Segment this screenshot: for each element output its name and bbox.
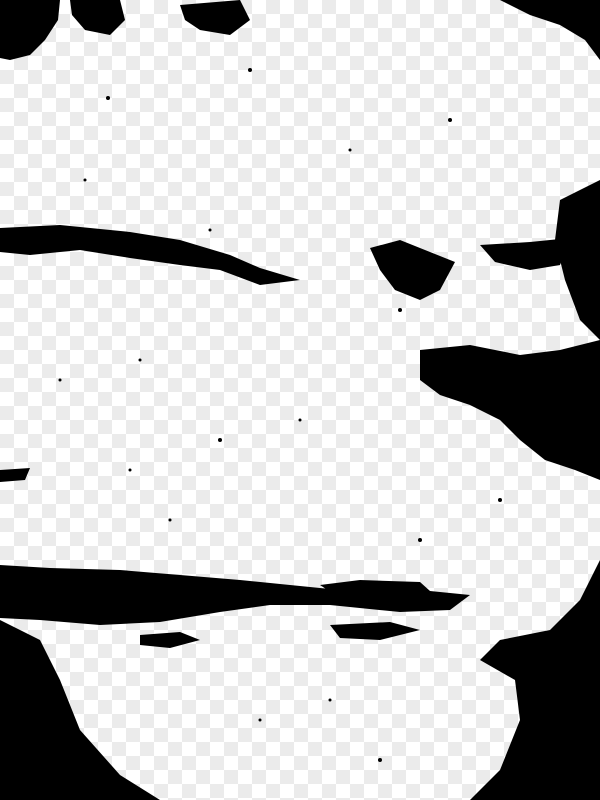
ink-specks [59,68,503,762]
grunge-texture [0,0,600,800]
ink-blob-right [420,340,600,480]
ink-band-upper [0,225,300,285]
transparency-checkerboard [0,0,600,800]
ink-blob-top-left [0,0,60,60]
ink-frame-bottom-left [0,620,160,800]
ink-frame-bottom-right [470,560,600,800]
